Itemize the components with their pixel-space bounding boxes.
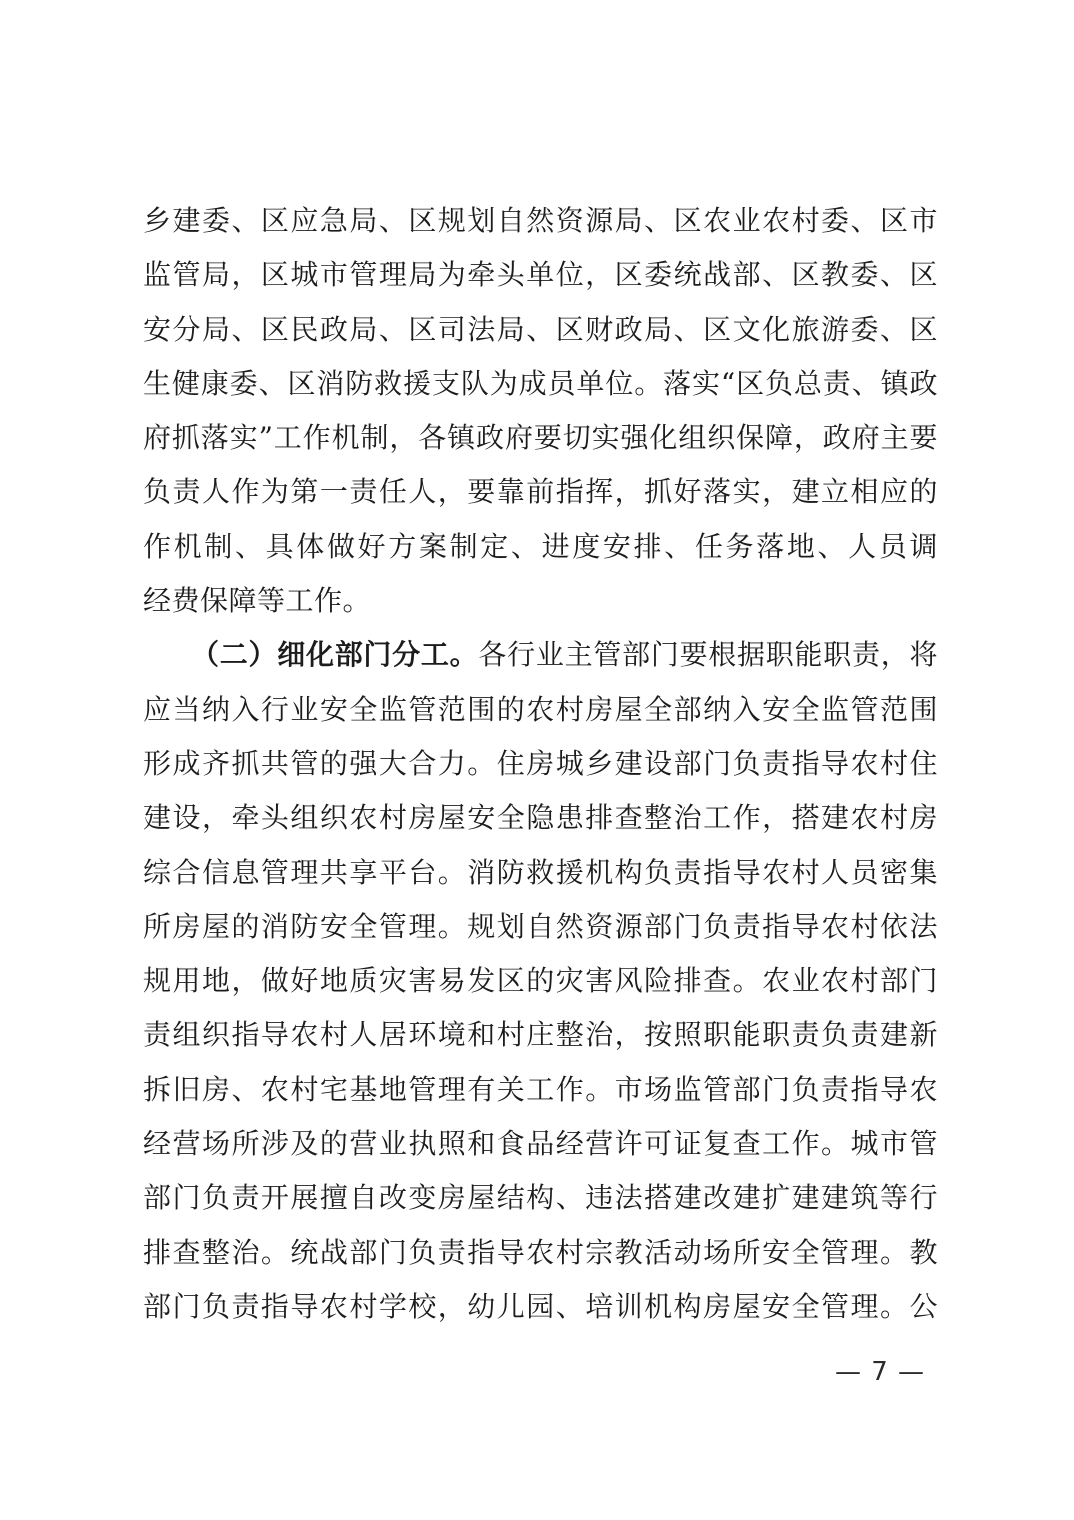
section-heading: （二）细化部门分工。: [191, 638, 478, 671]
text-line: 经营场所涉及的营业执照和食品经营许可证复查工作。城市管理: [143, 1117, 938, 1171]
text-line: 部门负责开展擅自改变房屋结构、违法搭建改建扩建建筑等行为: [143, 1171, 938, 1225]
text-line: 应当纳入行业安全监管范围的农村房屋全部纳入安全监管范围: [143, 683, 938, 737]
text-line: 形成齐抓共管的强大合力。住房城乡建设部门负责指导农村住房: [143, 737, 938, 791]
text-line: 乡建委、区应急局、区规划自然资源局、区农业农村委、区市场: [143, 194, 938, 248]
document-body: 乡建委、区应急局、区规划自然资源局、区农业农村委、区市场 监管局，区城市管理局为…: [143, 194, 938, 1334]
text-line: 规用地，做好地质灾害易发区的灾害风险排查。农业农村部门负: [143, 954, 938, 1008]
section-heading-rest: 各行业主管部门要根据职能职责，将: [478, 638, 938, 671]
text-line: 排查整治。统战部门负责指导农村宗教活动场所安全管理。教育: [143, 1226, 938, 1280]
text-line: 监管局，区城市管理局为牵头单位，区委统战部、区教委、区公: [143, 248, 938, 302]
text-line-paragraph-end: 经费保障等工作。: [143, 574, 938, 628]
text-line: 府抓落实”工作机制，各镇政府要切实强化组织保障，政府主要: [143, 411, 938, 465]
text-line: 综合信息管理共享平台。消防救援机构负责指导农村人员密集场: [143, 846, 938, 900]
text-line: 建设，牵头组织农村房屋安全隐患排查整治工作，搭建农村房屋: [143, 791, 938, 845]
text-line: 责组织指导农村人居环境和村庄整治，按照职能职责负责建新房: [143, 1008, 938, 1062]
text-line: 所房屋的消防安全管理。规划自然资源部门负责指导农村依法依: [143, 900, 938, 954]
document-page: 乡建委、区应急局、区规划自然资源局、区农业农村委、区市场 监管局，区城市管理局为…: [0, 0, 1074, 1520]
text-line: 负责人作为第一责任人，要靠前指挥，抓好落实，建立相应的工: [143, 465, 938, 519]
text-line: 拆旧房、农村宅基地管理有关工作。市场监管部门负责指导农村: [143, 1063, 938, 1117]
text-line: 部门负责指导农村学校，幼儿园、培训机构房屋安全管理。公安: [143, 1280, 938, 1334]
text-line-paragraph-start: （二）细化部门分工。各行业主管部门要根据职能职责，将: [143, 628, 938, 682]
text-line: 安分局、区民政局、区司法局、区财政局、区文化旅游委、区卫: [143, 303, 938, 357]
text-line: 作机制、具体做好方案制定、进度安排、任务落地、人员调配、: [143, 520, 938, 574]
text-line: 生健康委、区消防救援支队为成员单位。落实“区负总责、镇政: [143, 357, 938, 411]
page-number: — 7 —: [828, 1352, 932, 1392]
